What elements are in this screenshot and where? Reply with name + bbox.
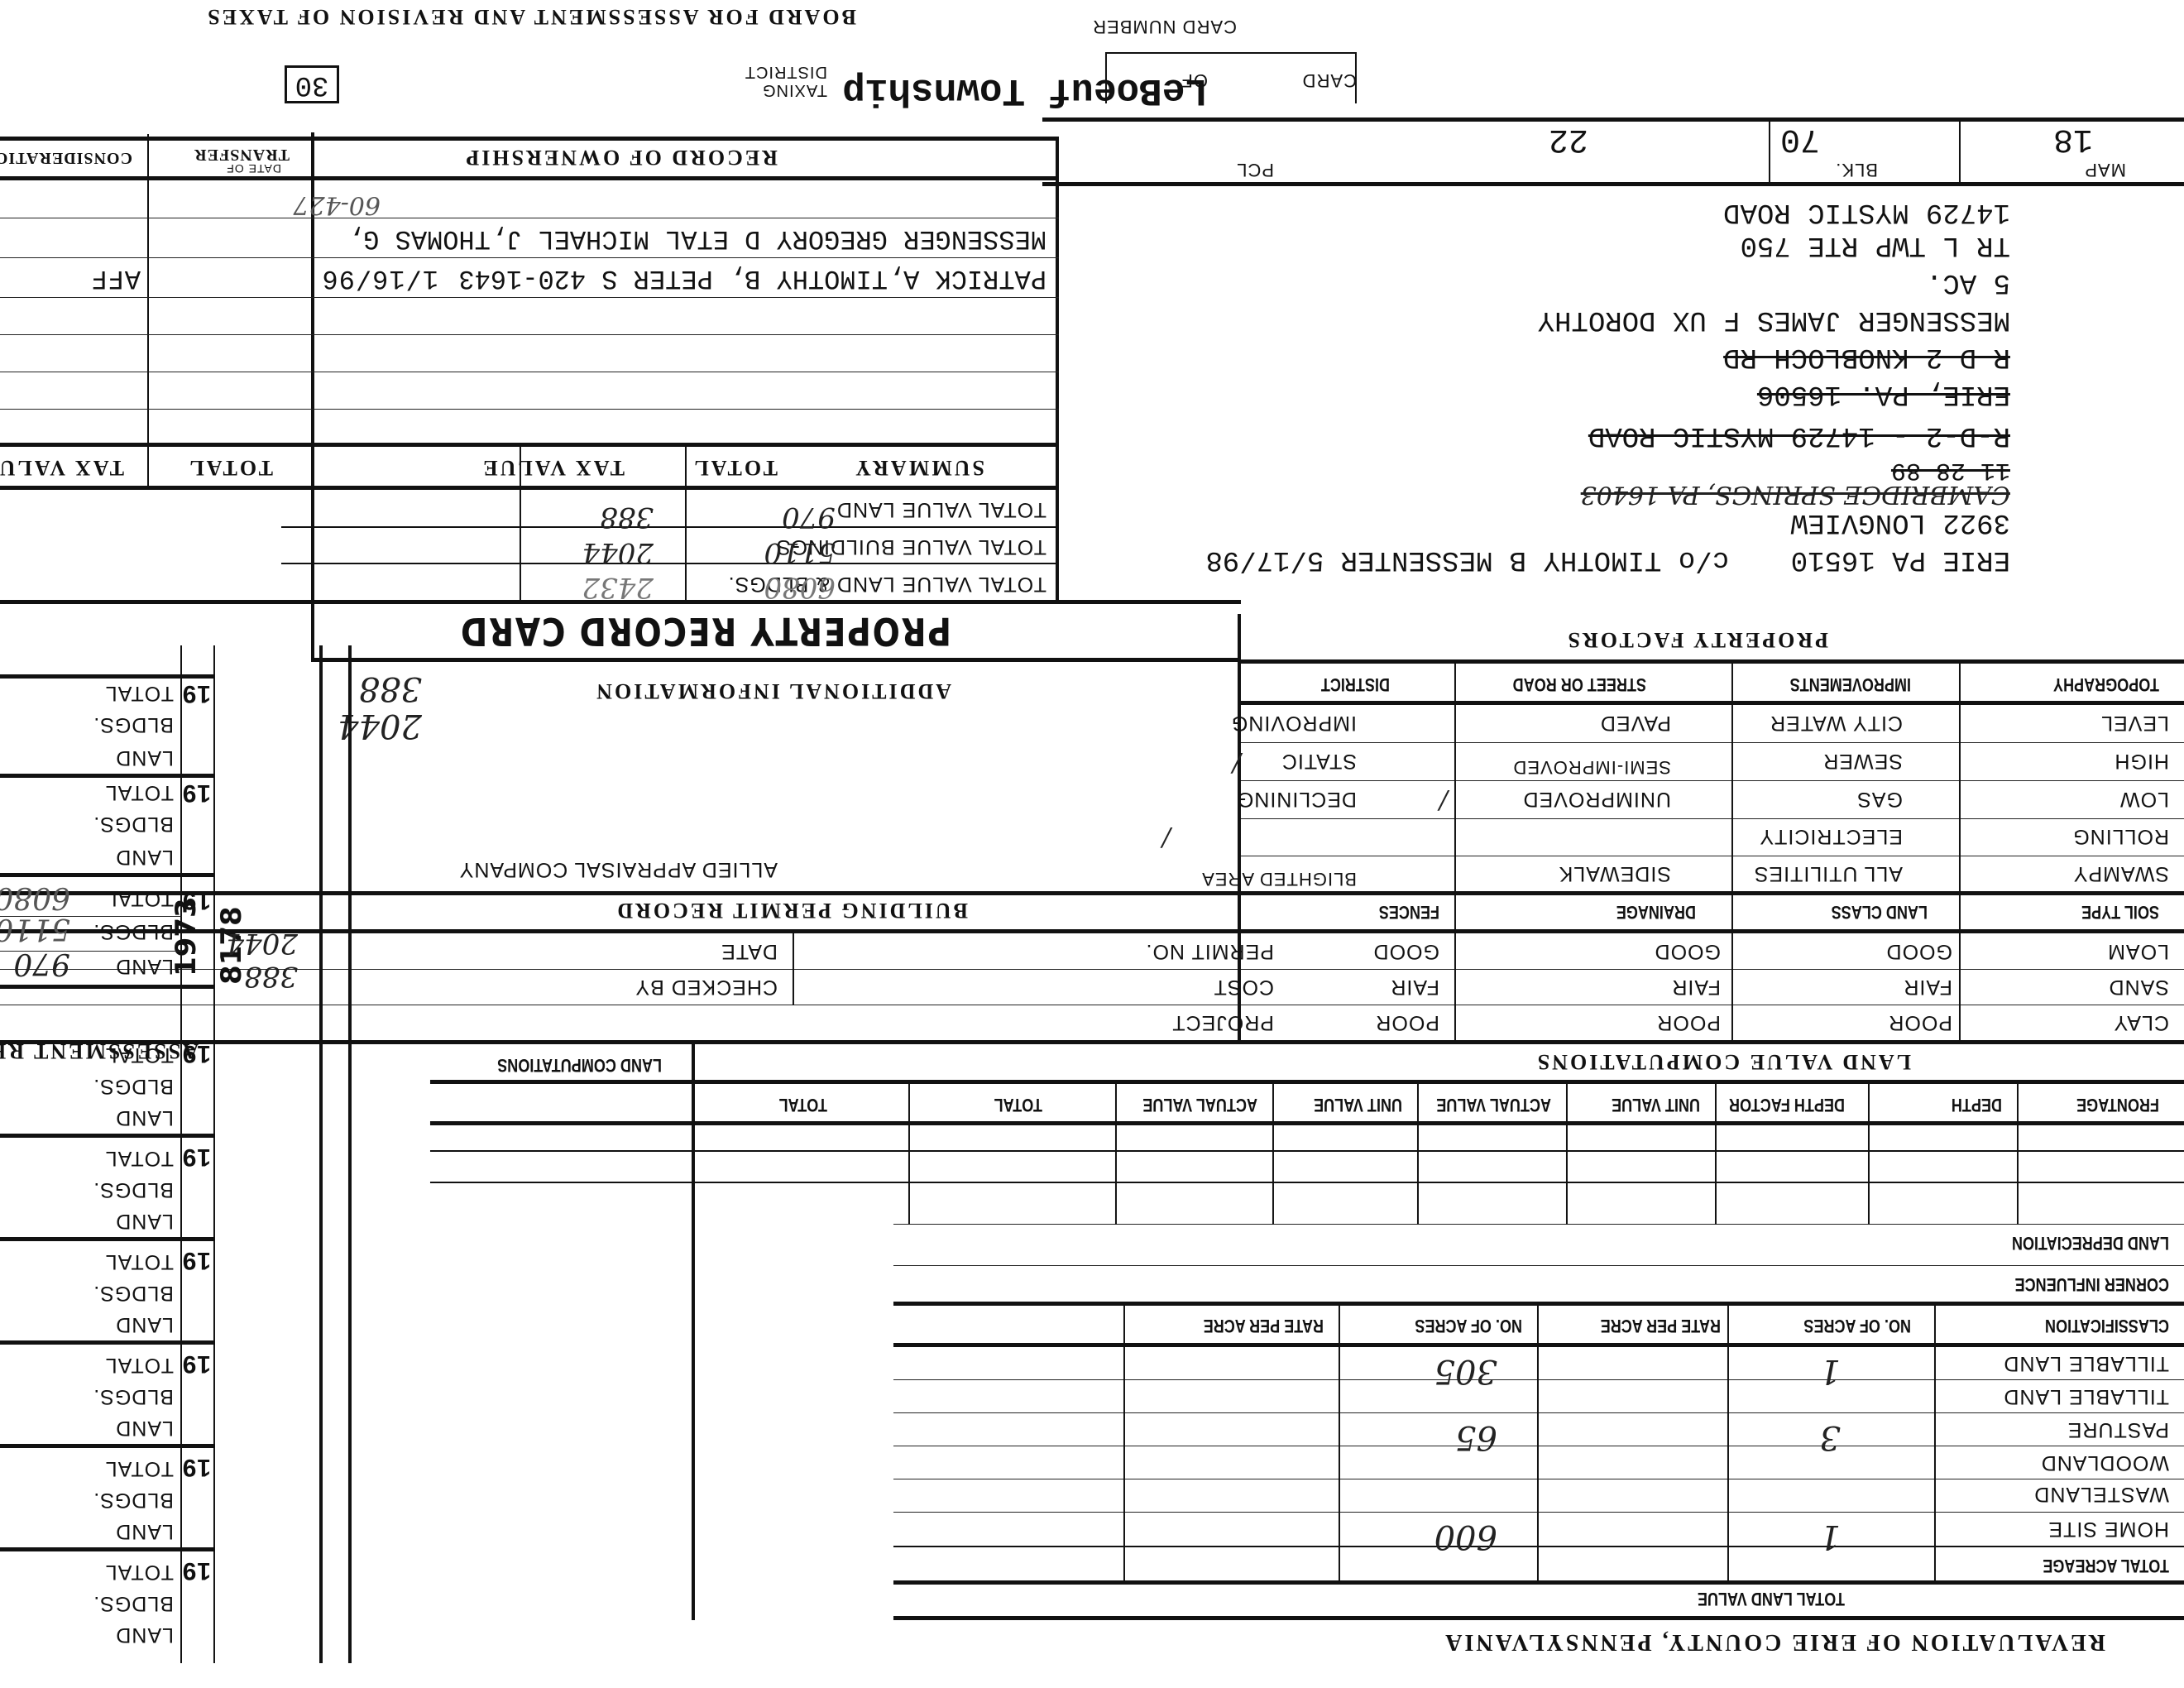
owner-line-1: MESSENGER GREGORY D ETAL MICHAEL J,THOMA… [347,223,1046,254]
district-blighted-area[interactable]: BLIGHTED AREA [1201,868,1357,890]
assessment-stamp-year: 1973 [170,898,203,976]
card-title: PROPERTY RECORD CARD [459,609,951,654]
map-label: MAP [2084,159,2126,180]
topography-header: TOPOGRAPHY [2053,674,2159,695]
blk-value: 70 [1780,120,1820,157]
transfer-date: 1/16/96 [322,263,438,294]
taxing-district-value: LeBoeuf Township [842,69,1208,112]
improvement-all-utilities[interactable]: ALL UTILITIES [1754,861,1903,885]
care-of-line: c/o TIMOTHY B MESSENTER 5/17/98 [1205,544,1729,575]
assessment-year-prefix: 19 [182,1453,211,1481]
actual-value-header-2: ACTUAL VALUE [1142,1094,1257,1115]
assessment-total-label: TOTAL [105,1353,174,1377]
check-mark-icon: / [1439,786,1448,815]
summary-tax-land: 388 [600,501,654,534]
assessment-total-label: TOTAL [105,681,174,705]
address-line-struck: R D 2 KNOBLOCH RD [1723,341,2010,372]
property-record-card: REVALUATION OF ERIE COUNTY, PENNSYLVANIA… [0,0,2184,1688]
assessment-year-prefix: 19 [182,1039,211,1067]
map-value: 18 [2053,120,2093,157]
soil-loam[interactable]: LOAM [2107,939,2169,963]
acreage-row-label: TILLABLE LAND [2003,1384,2169,1408]
taxing-label: TAXING [762,80,827,99]
tillable-rate: 305 [1434,1352,1497,1390]
assessment-year-prefix: 19 [182,1350,211,1378]
fences-fair[interactable]: FAIR [1390,975,1439,999]
acreage-row-label: PASTURE [2067,1417,2169,1441]
additional-information-title: ADDITIONAL INFORMATION [594,679,951,703]
soil-sand[interactable]: SAND [2109,975,2169,999]
tillable-acres: 1 [1820,1352,1841,1390]
transfer-label: TRANSFER [194,145,290,164]
unit-value-header: UNIT VALUE [1612,1094,1700,1115]
assessment-total-label: TOTAL [105,1249,174,1273]
summary-tax-land-bldgs: 2432 [582,571,654,604]
district-code-box: 30 [285,65,339,103]
street-or-road-header: STREET OR ROAD [1513,674,1646,695]
assessment-total-label: TOTAL [105,1560,174,1584]
address-line: ERIE PA 16510 [1791,544,2010,575]
acreage-row-label: WASTELAND [2033,1482,2169,1506]
summary-total-land: 970 [782,501,836,534]
assessment-year-prefix: 19 [182,1246,211,1274]
check-mark-icon: / [1162,823,1171,852]
card-number-label: CARD NUMBER [1092,16,1237,37]
land-value-computations-title: LAND VALUE COMPUTATIONS [1535,1049,1911,1074]
ownership-handwritten-ref: 60-427 [293,190,381,219]
assessment-bldgs-label: BLDGS. [93,712,174,736]
depth-header: DEPTH [1952,1094,2002,1115]
district-declining[interactable]: DECLINING [1237,787,1357,811]
street-sidewalk[interactable]: SIDEWALK [1559,861,1671,885]
property-factors-title: PROPERTY FACTORS [1566,627,1828,652]
improvement-sewer[interactable]: SEWER [1822,749,1903,773]
depth-factor-header: DEPTH FACTOR [1729,1094,1845,1115]
total-header-2: TOTAL [779,1094,827,1115]
topo-high[interactable]: HIGH [2115,749,2170,773]
assessment-land-label: LAND [115,1312,174,1336]
assessment-bldgs-label: BLDGS. [93,1177,174,1201]
fences-good[interactable]: GOOD [1373,939,1439,963]
improvement-city-water[interactable]: CITY WATER [1770,711,1903,735]
assessment-total-label: TOTAL [105,1146,174,1170]
additional-info-388: 388 [359,669,422,707]
land-computations-label: LAND COMPUTATIONS [497,1054,662,1076]
land-depreciation-label: LAND DEPRECIATION [2012,1232,2169,1254]
corner-influence-label: CORNER INFLUENCE [2015,1273,2169,1295]
address-line-struck: R-D-2 - 14729 MYSTIC ROAD [1588,420,2010,451]
fences-poor[interactable]: POOR [1375,1010,1439,1034]
topo-level[interactable]: LEVEL [2100,711,2169,735]
address-line-struck: CAMBRIDGE SPRINGS, PA 16403 [1581,480,2010,509]
allied-appraisal-company: ALLIED APPRAISAL COMPANY [459,857,778,881]
actual-value-header: ACTUAL VALUE [1436,1094,1551,1115]
assessment-land-label: LAND [115,954,174,978]
consideration-value: AFF [90,263,141,294]
summary-header: SUMMARY [853,455,984,480]
district-header: DISTRICT [1321,674,1390,695]
assessment-bldgs-label: BLDGS. [93,1384,174,1408]
summary-total-header: TOTAL [692,455,778,480]
acreage-line: 5 AC. [1926,266,2010,298]
assessment-total-label: TOTAL [105,1043,174,1067]
topo-swampy[interactable]: SWAMPY [2073,861,2169,885]
assessment-total-value: 6080 [0,880,70,914]
fences-header: FENCES [1379,901,1439,923]
classification-header: CLASSIFICATION [2045,1315,2169,1336]
assessment-year-prefix: 19 [182,1556,211,1585]
street-unimproved[interactable]: UNIMPROVED [1523,787,1671,811]
date-of-label: DATE OF [226,162,281,175]
consideration-label: CONSIDERATION [0,148,132,167]
drainage-header: DRAINAGE [1616,901,1696,923]
rate-header: RATE PER ACRE [1601,1315,1721,1336]
assessment-bldgs-label: BLDGS. [93,919,174,943]
street-paved[interactable]: PAVED [1600,711,1671,735]
additional-388: 388 [244,960,298,993]
improvement-electricity[interactable]: ELECTRICITY [1759,824,1903,848]
assessment-bldgs-label: BLDGS. [93,1591,174,1615]
summary-tax-value-header: TAX VALUE [481,455,625,480]
pasture-rate: 65 [1455,1418,1497,1456]
assessment-year-prefix: 19 [182,1143,211,1171]
owner-name: MESSENGER JAMES F UX DOROTHY [1538,304,2010,335]
owner-line-2: PATRICK A,TIMOTHY B, PETER S 420-1643 [458,263,1046,294]
district-label: DISTRICT [745,62,827,81]
summary-tax-value-header-2: TAX VALUE [0,455,124,480]
acreage-row-label: TOTAL ACREAGE [2043,1555,2169,1576]
assessment-land-label: LAND [115,1209,174,1233]
land-class-header: LAND CLASS [1832,901,1928,923]
permit-date-label: DATE [721,939,778,963]
acres-header-2: NO. OF ACRES [1415,1315,1522,1336]
land-class-good[interactable]: GOOD [1886,939,1952,963]
permit-project-label: PROJECT [1171,1010,1274,1034]
address-line-struck: 11-28-89 [1891,456,2010,484]
assessment-total-label: TOTAL [105,886,174,910]
assessment-bldgs-label: BLDGS. [93,1074,174,1098]
street-semi-improved[interactable]: SEMI-IMPROVED [1513,756,1671,778]
drainage-poor[interactable]: POOR [1656,1010,1721,1034]
assessment-bldgs-label: BLDGS. [93,1281,174,1305]
record-of-ownership-title: RECORD OF OWNERSHIP [463,145,778,170]
assessment-bldgs-label: BLDGS. [93,812,174,836]
pcl-value: 22 [1549,120,1588,157]
additional-2044: 2044 [226,927,298,960]
pcl-label: PCL [1236,159,1274,180]
total-land-value-label: TOTAL LAND VALUE [1698,1588,1845,1609]
land-class-fair[interactable]: FAIR [1903,975,1952,999]
address-line: 3922 LONGVIEW [1791,506,2010,538]
assessment-bldgs-label: BLDGS. [93,1488,174,1512]
homesite-rate: 600 [1434,1518,1497,1556]
permit-cost-label: COST [1214,975,1274,999]
building-permit-title: BUILDING PERMIT RECORD [615,898,968,923]
acreage-row-label: TILLABLE LAND [2003,1351,2169,1375]
frontage-header: FRONTAGE [2076,1094,2159,1115]
drainage-fair[interactable]: FAIR [1671,975,1721,999]
assessment-land-label: LAND [115,845,174,869]
district-static[interactable]: STATIC [1281,749,1357,773]
assessment-bldgs-value: 5110 [0,912,70,946]
summary-total-header-2: TOTAL [187,455,273,480]
land-class-poor[interactable]: POOR [1888,1010,1952,1034]
soil-type-header: SOIL TYPE [2081,901,2159,923]
drainage-good[interactable]: GOOD [1655,939,1721,963]
route-line: TR L TWP RTE 750 [1741,229,2010,261]
permit-no-label: PERMIT NO. [1146,939,1274,963]
assessment-total-label: TOTAL [105,780,174,804]
rate-header-2: RATE PER ACRE [1204,1315,1324,1336]
assessment-land-value: 970 [13,947,70,981]
improvements-header: IMPROVEMENTS [1790,674,1911,695]
summary-row-label: TOTAL VALUE LAND [836,497,1046,521]
assessment-land-label: LAND [115,1105,174,1129]
summary-total-land-bldgs: 6080 [764,571,836,604]
summary-tax-buildings: 2044 [582,536,654,569]
assessment-land-label: LAND [115,746,174,770]
check-mark-icon: / [1233,749,1241,778]
assessment-land-label: LAND [115,1416,174,1440]
topo-low[interactable]: LOW [2119,787,2169,811]
assessment-total-label: TOTAL [105,1456,174,1480]
permit-checked-by-label: CHECKED BY [635,975,778,999]
improvement-gas[interactable]: GAS [1856,787,1903,811]
blk-label: BLK. [1835,159,1878,180]
property-address: 14729 MYSTIC ROAD [1723,196,2010,228]
topo-rolling[interactable]: ROLLING [2072,824,2169,848]
address-line-struck: ERIE, PA. 16506 [1757,378,2010,410]
assessment-land-label: LAND [115,1519,174,1543]
unit-value-header-2: UNIT VALUE [1314,1094,1402,1115]
county-title: REVALUATION OF ERIE COUNTY, PENNSYLVANIA [1443,1628,2105,1655]
soil-clay[interactable]: CLAY [2114,1010,2169,1034]
summary-total-buildings: 5110 [764,536,836,569]
board-title: BOARD FOR ASSESSMENT AND REVISION OF TAX… [205,4,856,29]
acreage-row-label: WOODLAND [2041,1451,2169,1475]
total-header: TOTAL [994,1094,1042,1115]
pasture-acres: 3 [1820,1418,1841,1456]
assessment-year-prefix: 19 [182,679,211,707]
assessment-land-label: LAND [115,1623,174,1647]
homesite-acres: 1 [1820,1518,1841,1556]
district-improving[interactable]: IMPROVING [1231,711,1357,735]
acreage-row-label: HOME SITE [2047,1517,2169,1541]
acres-header: NO. OF ACRES [1803,1315,1911,1336]
assessment-year-prefix: 19 [182,779,211,807]
